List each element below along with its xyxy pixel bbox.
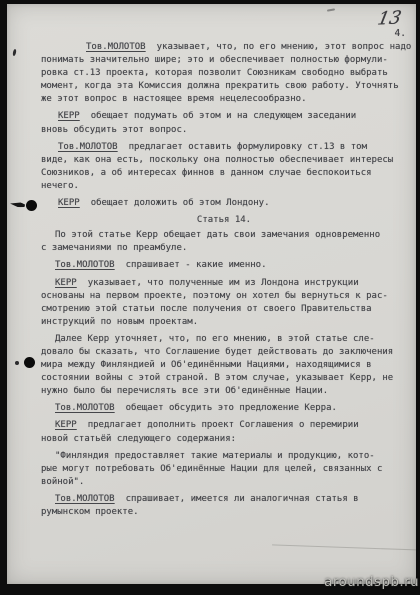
handwritten-archive-number: 13 (376, 7, 403, 29)
line-text: состоянии войны с этой страной. В этом с… (41, 373, 393, 383)
text-line: Статья 14. (41, 214, 407, 227)
paragraph: КЕРРобещает доложить об этом Лондону. (41, 197, 407, 210)
speaker-name: Тов.МОЛОТОВ (55, 494, 115, 504)
paragraph: "Финляндия предоставляет такие материалы… (41, 450, 407, 489)
document-body: Тов.МОЛОТОВуказывает, что, по его мнению… (41, 41, 407, 523)
line-text: обещает подумать об этом и на следующем … (91, 111, 357, 121)
text-line: довало бы сказать, что Соглашение будет … (41, 346, 407, 359)
hole-punch-mark (24, 357, 35, 368)
text-line: момент, когда эта Комиссия должна прекра… (41, 80, 407, 93)
text-line: инструкций по новым проектам. (41, 316, 407, 329)
ink-speck (327, 8, 335, 11)
text-line: вновь обсудить этот вопрос. (41, 124, 407, 137)
line-text: указывает, что, по его мнению, этот вопр… (157, 42, 412, 52)
line-text: По этой статье Керр обещает дать свои за… (55, 230, 380, 240)
line-text: ровка ст.13 проекта, которая позволит Со… (41, 68, 388, 78)
text-line: Тов.МОЛОТОВспрашивает - какие именно. (41, 259, 407, 272)
line-text: вновь обсудить этот вопрос. (41, 125, 187, 135)
speaker-name: Тов.МОЛОТОВ (55, 260, 115, 270)
ink-speck (15, 361, 19, 365)
text-line: мира между Финляндией и Об'единёнными На… (41, 359, 407, 372)
line-text: же этот вопрос в настоящее время нецелес… (41, 94, 307, 104)
scanned-page: 13 4. Тов.МОЛОТОВуказывает, что, по его … (7, 4, 416, 584)
text-line: Союзников, а об интересах финнов в данно… (41, 167, 407, 180)
text-line: румынском проекте. (41, 506, 407, 519)
line-text: "Финляндия предоставляет такие материалы… (55, 451, 375, 461)
line-text: смотрению этой статьи после получения от… (41, 304, 372, 314)
line-text: предлагает дополнить проект Соглашения о… (88, 420, 359, 430)
line-text: войной". (41, 477, 84, 487)
page-number: 4. (395, 28, 406, 39)
line-text: мира между Финляндией и Об'единёнными На… (41, 360, 372, 370)
text-line: КЕРРобещает доложить об этом Лондону. (41, 197, 407, 210)
hole-punch-mark (26, 200, 37, 211)
paper-crease (272, 544, 416, 550)
text-line: войной". (41, 476, 407, 489)
speaker-name: КЕРР (58, 198, 80, 208)
paragraph: КЕРРобещает подумать об этом и на следую… (41, 110, 407, 136)
paragraph: Тов.МОЛОТОВобещает обсудить это предложе… (41, 402, 407, 415)
text-line: рые могут потребовать Об'единённые Нации… (41, 463, 407, 476)
speaker-name: КЕРР (55, 420, 77, 430)
text-line: ровка ст.13 проекта, которая позволит Со… (41, 67, 407, 80)
line-text: инструкций по новым проектам. (41, 317, 198, 327)
paragraph: КЕРРуказывает, что полученные им из Лонд… (41, 277, 407, 329)
line-text: спрашивает - какие именно. (126, 260, 267, 270)
paragraph: Тов.МОЛОТОВуказывает, что, по его мнению… (41, 41, 407, 106)
line-text: основаны на первом проекте, поэтому он х… (41, 291, 388, 301)
speaker-name: Тов.МОЛОТОВ (86, 42, 146, 52)
text-line: "Финляндия предоставляет такие материалы… (41, 450, 407, 463)
line-text: рые могут потребовать Об'единённые Нации… (41, 464, 382, 474)
line-text: Союзников, а об интересах финнов в данно… (41, 168, 372, 178)
speaker-name: Тов.МОЛОТОВ (58, 142, 118, 152)
text-line: Тов.МОЛОТОВуказывает, что, по его мнению… (41, 41, 407, 54)
speaker-name: КЕРР (58, 111, 80, 121)
line-text: спрашивает, имеется ли аналогичная стать… (126, 494, 359, 504)
text-line: новой статьёй следующего содержания: (41, 433, 407, 446)
paragraph: Далее Керр уточняет, что, по его мнению,… (41, 333, 407, 398)
ink-smudge-mark (10, 201, 26, 209)
line-text: румынском проекте. (41, 507, 139, 517)
text-line: Далее Керр уточняет, что, по его мнению,… (41, 333, 407, 346)
section-heading: Статья 14. (41, 214, 407, 227)
text-line: виде, как она есть, поскольку она полнос… (41, 154, 407, 167)
text-line: КЕРРобещает подумать об этом и на следую… (41, 110, 407, 123)
text-line: Тов.МОЛОТОВпредлагает оставить формулиро… (41, 141, 407, 154)
paragraph: По этой статье Керр обещает дать свои за… (41, 229, 407, 255)
line-text: новой статьёй следующего содержания: (41, 434, 236, 444)
paragraph: Тов.МОЛОТОВспрашивает - какие именно. (41, 259, 407, 272)
line-text: предлагает оставить формулировку ст.13 в… (129, 142, 367, 152)
text-line: По этой статье Керр обещает дать свои за… (41, 229, 407, 242)
line-text: понимать значительно шире; это и обеспеч… (41, 55, 388, 65)
line-text: Далее Керр уточняет, что, по его мнению,… (55, 334, 375, 344)
paragraph: КЕРРпредлагает дополнить проект Соглашен… (41, 419, 407, 445)
paragraph: Тов.МОЛОТОВспрашивает, имеется ли аналог… (41, 493, 407, 519)
line-text: с замечаниями по преамбуле. (41, 243, 187, 253)
line-text: Статья 14. (197, 215, 251, 225)
line-text: довало бы сказать, что Соглашение будет … (41, 347, 393, 357)
ink-speck (12, 49, 16, 56)
line-text: указывает, что полученные им из Лондона … (88, 278, 359, 288)
text-line: нужно было бы перечислять все эти Об'еди… (41, 385, 407, 398)
text-line: Тов.МОЛОТОВобещает обсудить это предложе… (41, 402, 407, 415)
line-text: виде, как она есть, поскольку она полнос… (41, 155, 393, 165)
text-line: КЕРРуказывает, что полученные им из Лонд… (41, 277, 407, 290)
line-text: нужно было бы перечислять все эти Об'еди… (41, 386, 328, 396)
speaker-name: Тов.МОЛОТОВ (55, 403, 115, 413)
line-text: нечего. (41, 181, 79, 191)
text-line: с замечаниями по преамбуле. (41, 242, 407, 255)
text-line: основаны на первом проекте, поэтому он х… (41, 290, 407, 303)
text-line: состоянии войны с этой страной. В этом с… (41, 372, 407, 385)
text-line: же этот вопрос в настоящее время нецелес… (41, 93, 407, 106)
line-text: обещает доложить об этом Лондону. (91, 198, 270, 208)
text-line: КЕРРпредлагает дополнить проект Соглашен… (41, 419, 407, 432)
paragraph: Тов.МОЛОТОВпредлагает оставить формулиро… (41, 141, 407, 193)
watermark: aroundspb.ru (324, 574, 419, 590)
line-text: момент, когда эта Комиссия должна прекра… (41, 81, 399, 91)
speaker-name: КЕРР (55, 278, 77, 288)
text-line: понимать значительно шире; это и обеспеч… (41, 54, 407, 67)
line-text: обещает обсудить это предложение Керра. (126, 403, 337, 413)
text-line: смотрению этой статьи после получения от… (41, 303, 407, 316)
text-line: Тов.МОЛОТОВспрашивает, имеется ли аналог… (41, 493, 407, 506)
text-line: нечего. (41, 180, 407, 193)
